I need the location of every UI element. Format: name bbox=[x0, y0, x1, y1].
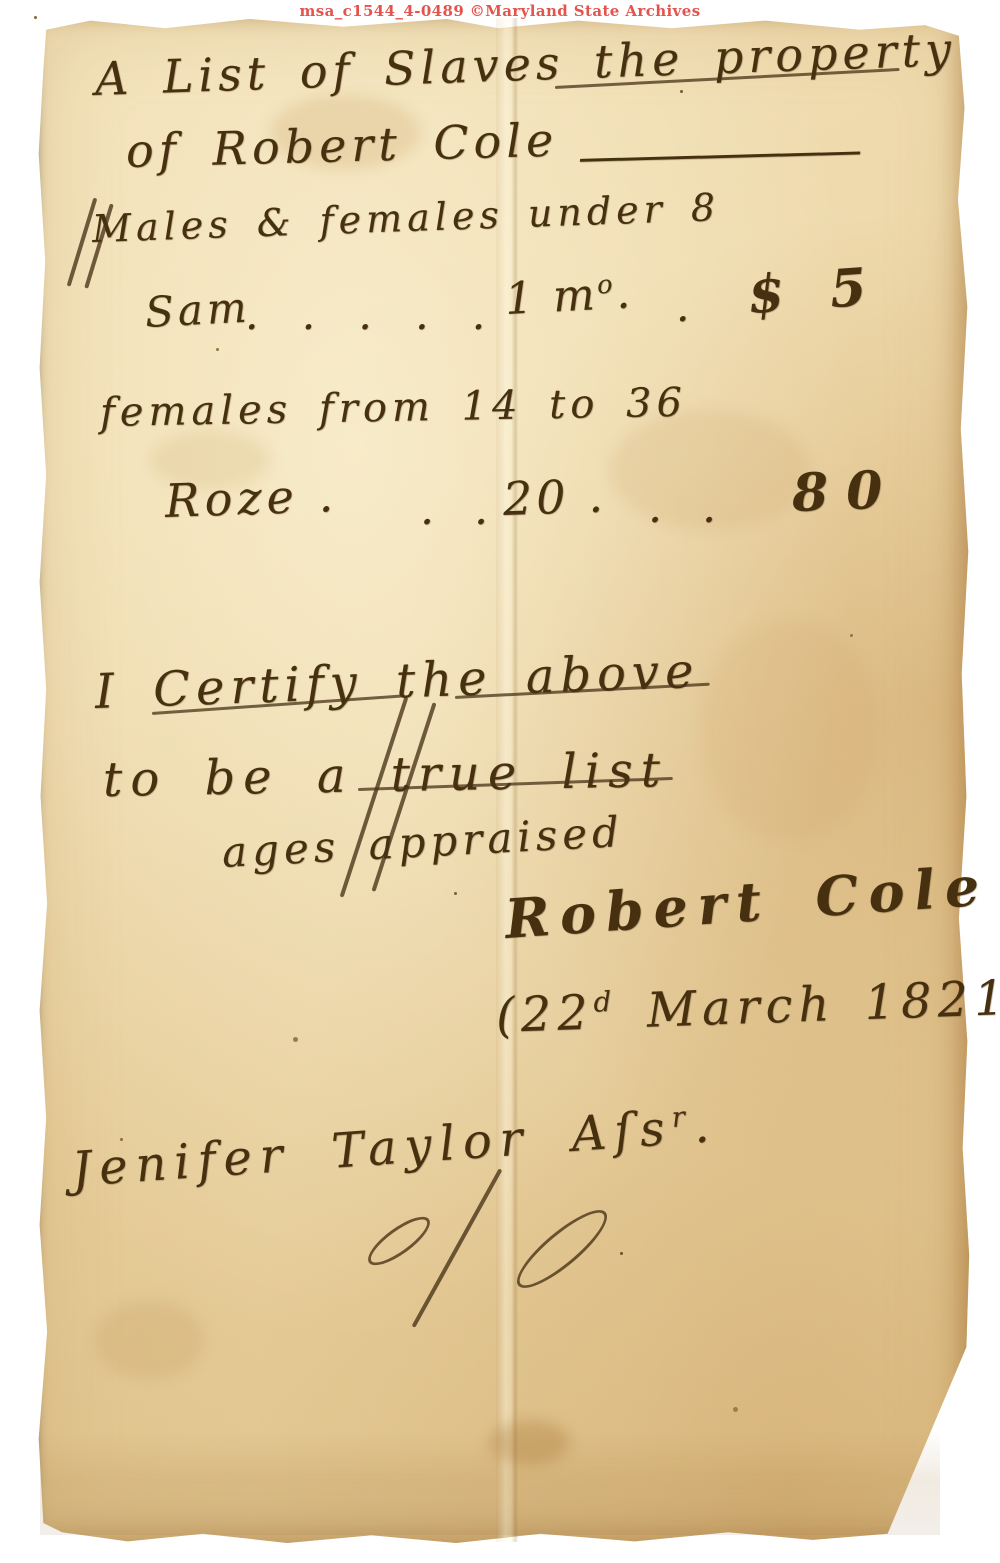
document-title-line-2: of Robert Cole bbox=[125, 117, 558, 174]
group1-entry-dots: . . . . . bbox=[245, 294, 485, 336]
attestation-superscript: r bbox=[670, 1100, 694, 1134]
group1-entry-name: Sam bbox=[144, 286, 252, 333]
group2-heading: females from 14 to 36 bbox=[100, 383, 688, 433]
group2-entry-name: Roze . bbox=[164, 472, 339, 524]
date-day: (22 bbox=[495, 985, 595, 1044]
paper-stain bbox=[700, 620, 880, 840]
paper-stain bbox=[490, 1420, 570, 1465]
age-superscript: o bbox=[596, 270, 616, 301]
attestation-period: . bbox=[692, 1097, 719, 1154]
group2-entry-age: 20 . bbox=[502, 472, 607, 522]
paper-stain bbox=[95, 1300, 205, 1380]
group1-entry-middot: . bbox=[676, 286, 689, 328]
group1-entry-value: $ 5 bbox=[746, 261, 882, 322]
group2-entry-dots-2: . . bbox=[648, 486, 716, 530]
date-superscript: d bbox=[593, 985, 618, 1019]
title-trailing-dash: ——————— bbox=[577, 129, 858, 180]
age-number: 1 m bbox=[504, 269, 599, 325]
age-period: . bbox=[615, 267, 635, 319]
group2-entry-value: 80 bbox=[791, 464, 901, 520]
group2-entry-dots: . . bbox=[420, 488, 488, 532]
group1-entry-age: 1 mo. bbox=[504, 271, 634, 322]
scan-background: msa_c1544_4-0489 ©Maryland State Archive… bbox=[0, 0, 1000, 1563]
paper-specks bbox=[34, 16, 37, 19]
